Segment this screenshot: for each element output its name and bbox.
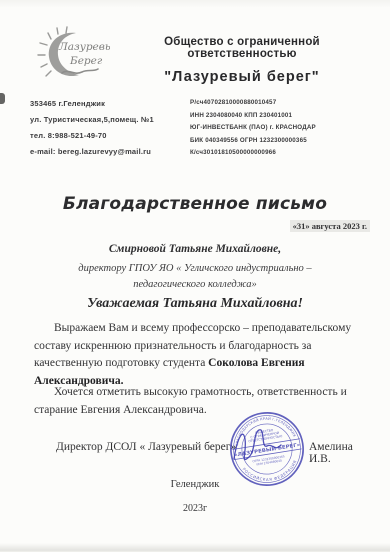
org-name-line: "Лазуревый берег" bbox=[108, 69, 376, 85]
inn-kpp-line: ИНН 2304080040 КПП 230401001 bbox=[190, 110, 316, 123]
salutation-line: Уважаемая Татьяна Михайловна! bbox=[0, 296, 390, 312]
addressee-role-line-2: педагогического колледжа» bbox=[0, 279, 390, 290]
scan-artifact-mark bbox=[0, 93, 5, 104]
letterhead: Общество с ограниченной ответственностью… bbox=[108, 36, 376, 85]
company-logo: Лазуревый Берег bbox=[36, 26, 110, 84]
addressee-name: Смирновой Татьяне Михайловне, bbox=[0, 243, 390, 255]
phone-line: тел. 8:988-521-49-70 bbox=[30, 128, 154, 144]
requisites-right: Р/сч40702810000880010457 ИНН 2304080040 … bbox=[190, 97, 316, 160]
body-paragraph-2: Хочется отметить высокую грамотность, от… bbox=[34, 384, 356, 419]
letter-date-value: «31» августа 2023 г. bbox=[290, 220, 370, 232]
letter-title: Благодарственное письмо bbox=[0, 194, 390, 214]
logo-script-word-2: Берег bbox=[69, 55, 103, 67]
org-type-line: Общество с ограниченной ответственностью bbox=[108, 36, 376, 60]
signature-title: Директор ДСОЛ « Лазуревый берег» bbox=[56, 441, 236, 453]
sun-wave-icon: Лазуревый Берег bbox=[36, 26, 110, 84]
body-paragraph-1: Выражаем Вам и всему профессорско – преп… bbox=[34, 320, 356, 390]
signature-scribble-icon bbox=[228, 419, 290, 475]
handwritten-signature bbox=[228, 419, 290, 475]
settlement-account-line: Р/сч40702810000880010457 bbox=[190, 97, 316, 110]
letter-document: Лазуревый Берег Общество с ограниченной … bbox=[0, 0, 390, 552]
city-line: Геленджик bbox=[0, 479, 390, 490]
year-line: 2023г bbox=[0, 503, 390, 514]
requisites-left: 353465 г.Геленджик ул. Туристическая,5,п… bbox=[30, 96, 154, 160]
address-postal-line: 353465 г.Геленджик bbox=[30, 96, 154, 112]
address-street-line: ул. Туристическая,5,помещ. №1 bbox=[30, 112, 154, 128]
addressee-role-line-1: директору ГПОУ ЯО « Угличского индустриа… bbox=[0, 263, 390, 274]
logo-script-word-1: Лазуревый bbox=[58, 41, 110, 53]
bik-ogrn-line: БИК 040349556 ОГРН 1232300000365 bbox=[190, 135, 316, 148]
corr-account-line: К/сч30101810500000000966 bbox=[190, 147, 316, 160]
email-line: e-mail: bereg.lazurevyy@mail.ru bbox=[30, 144, 154, 160]
letter-date: «31» августа 2023 г. bbox=[290, 221, 370, 231]
signatory-name: Амелина И.В. bbox=[309, 441, 366, 465]
bank-name-line: ЮГ-ИНВЕСТБАНК (ПАО) г. КРАСНОДАР bbox=[190, 122, 316, 135]
